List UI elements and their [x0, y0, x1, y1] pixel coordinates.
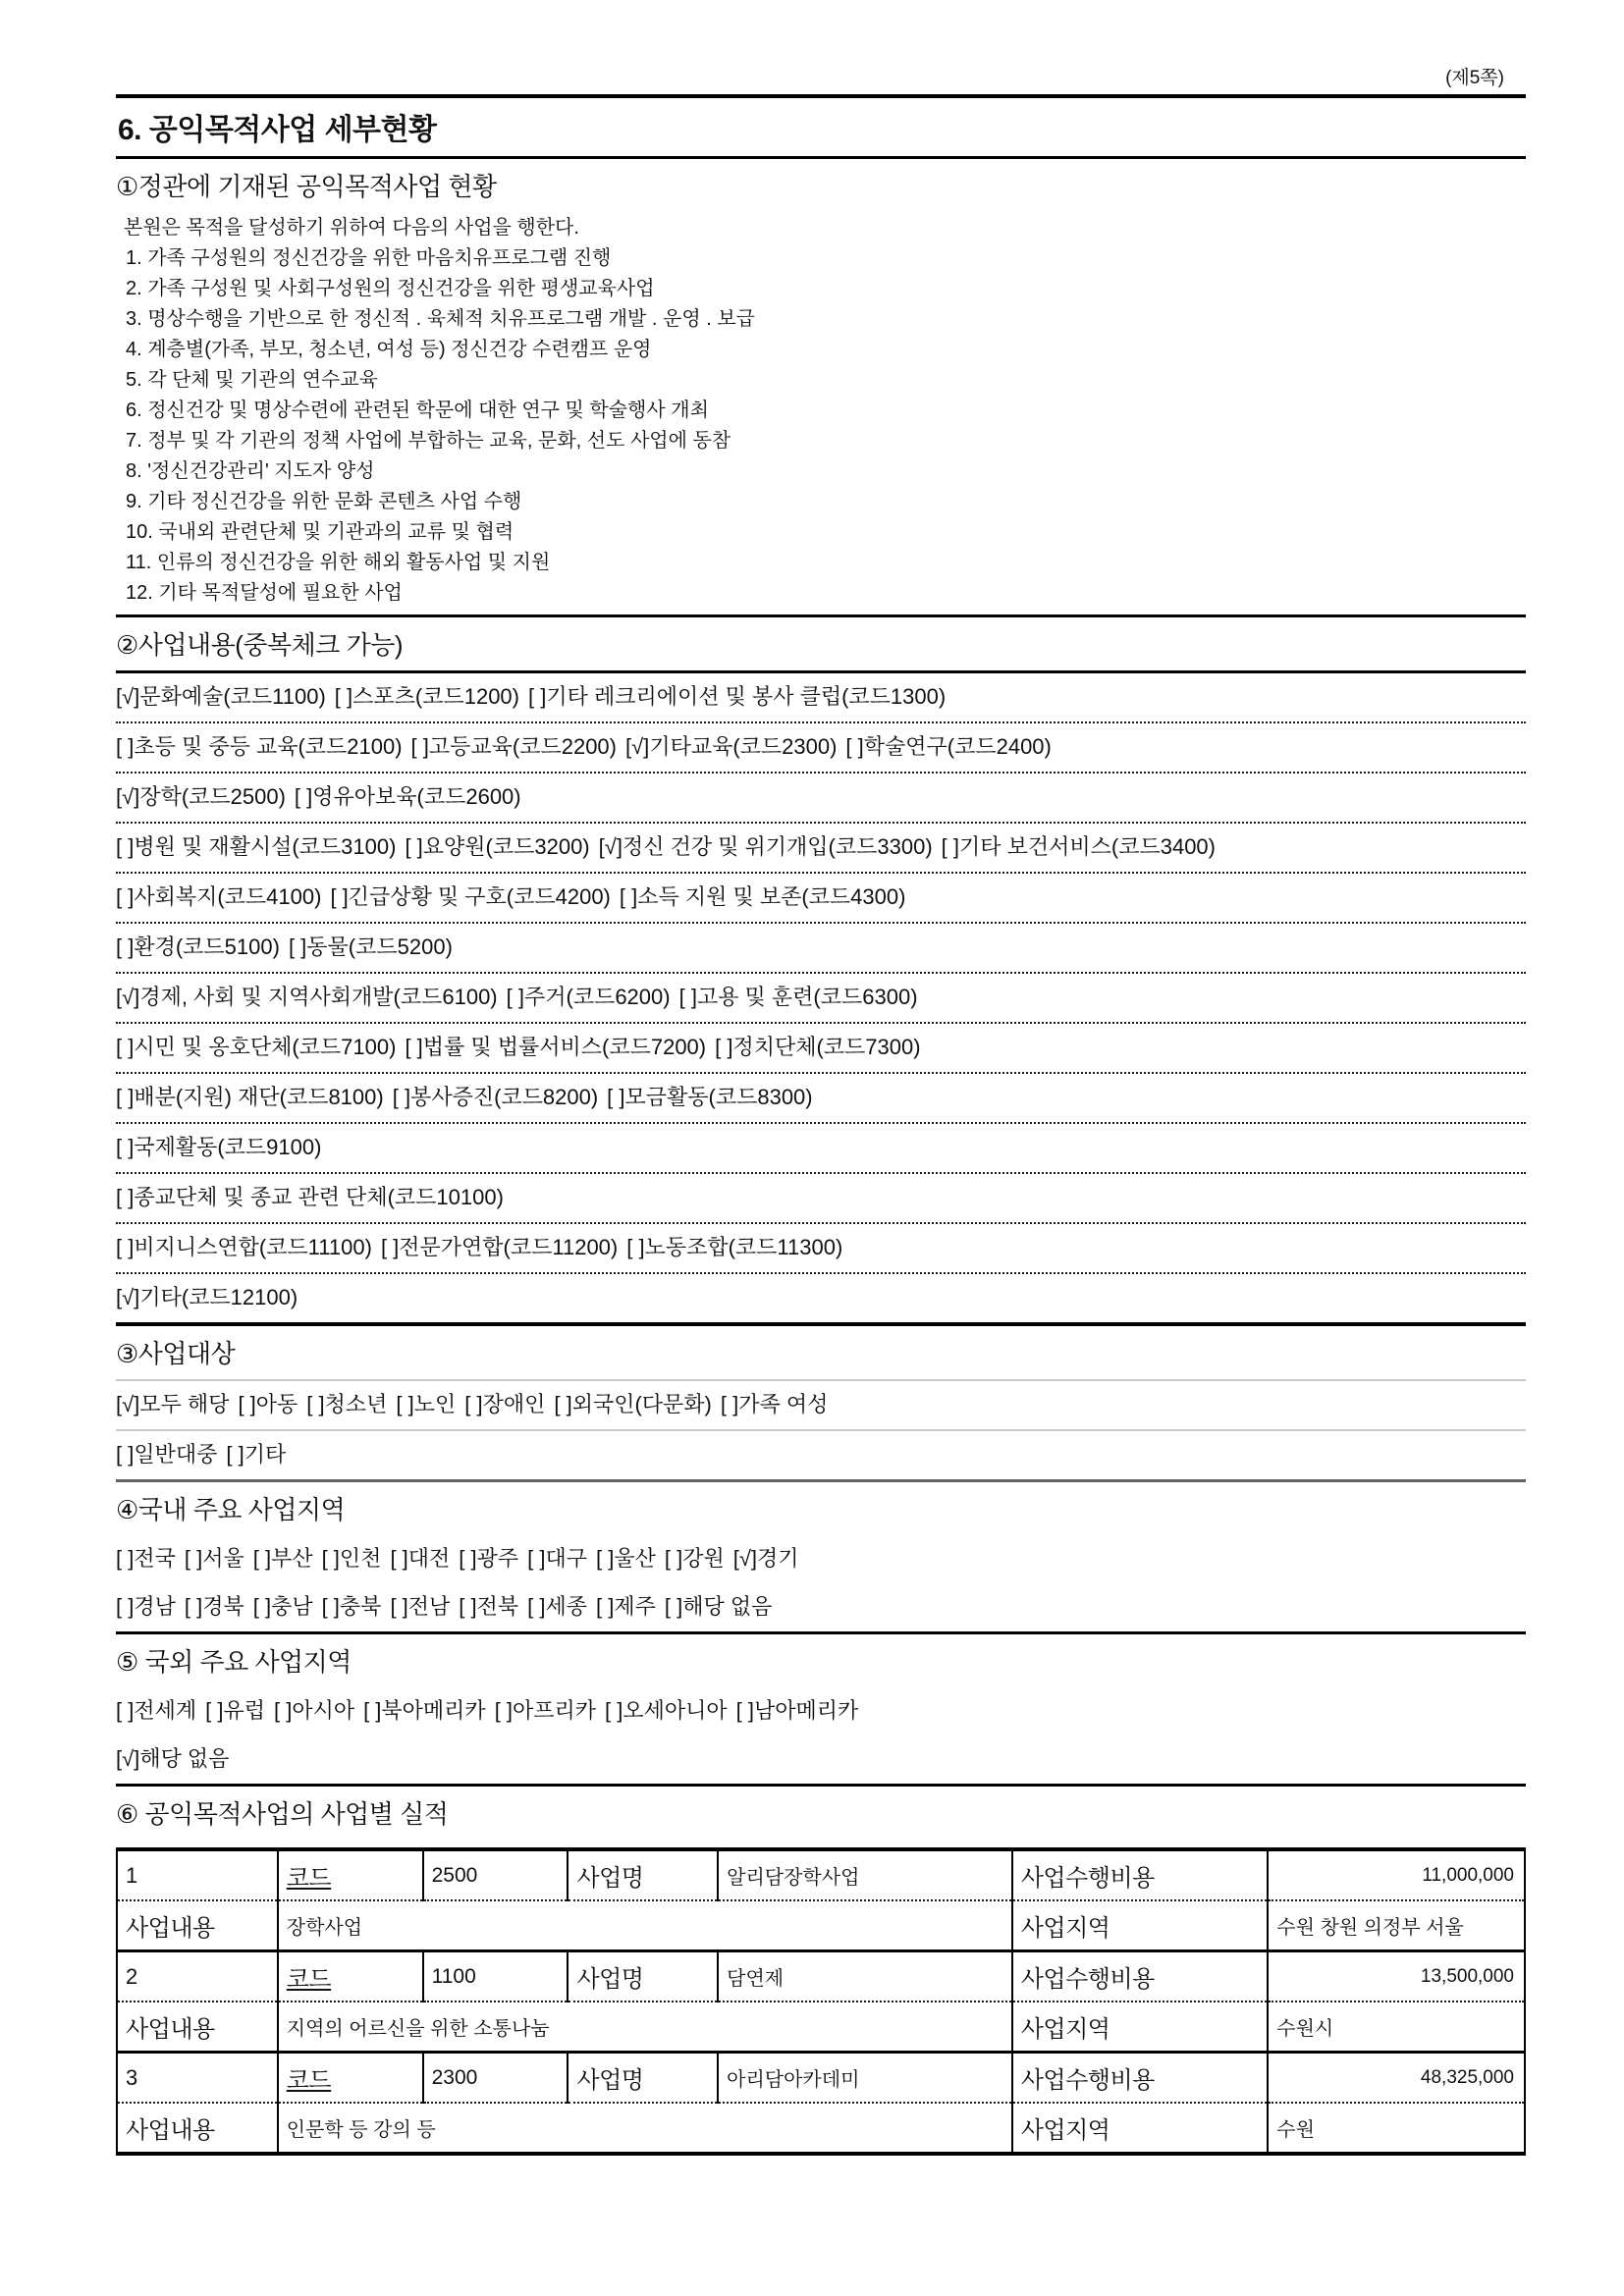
checkbox-mark: [ ] — [845, 734, 863, 759]
section4-header: ④국내 주요 사업지역 — [116, 1482, 1526, 1535]
check-row: [ ]환경(코드5100)[ ]동물(코드5200) — [116, 924, 1526, 974]
checkbox-mark: [ ] — [715, 1035, 732, 1059]
checkbox-mark: [√] — [116, 985, 139, 1009]
region-value: 수원 — [1268, 2103, 1525, 2154]
checkbox-item: [ ]고등교육(코드2200) — [411, 734, 617, 759]
check-row: [ ]병원 및 재활시설(코드3100)[ ]요양원(코드3200)[√]정신 … — [116, 824, 1526, 874]
check-row: [ ]시민 및 옹호단체(코드7100)[ ]법률 및 법률서비스(코드7200… — [116, 1024, 1526, 1074]
checkbox-item: [ ]초등 및 중등 교육(코드2100) — [116, 734, 403, 759]
checkbox-label: 대전 — [408, 1546, 451, 1571]
cost-label: 사업수행비용 — [1012, 1849, 1269, 1900]
check-row: [ ]사회복지(코드4100)[ ]긴급상황 및 구호(코드4200)[ ]소득… — [116, 874, 1526, 924]
section3-check-rows: [√]모두 해당[ ]아동[ ]청소년[ ]노인[ ]장애인[ ]외국인(다문화… — [116, 1381, 1526, 1479]
checkbox-mark: [ ] — [274, 1698, 292, 1723]
checkbox-item: [ ]배분(지원) 재단(코드8100) — [116, 1085, 384, 1109]
projects-table-body: 1코드2500사업명알리담장학사업사업수행비용11,000,000사업내용장학사… — [117, 1849, 1525, 2154]
record-number: 3 — [117, 2053, 278, 2104]
document-page: (제5쪽) 6. 공익목적사업 세부현황 ①정관에 기재된 공익목적사업 현황 … — [0, 0, 1624, 2296]
checkbox-label: 전세계 — [134, 1698, 196, 1723]
checkbox-mark: [ ] — [116, 1442, 134, 1467]
checkbox-label: 유럽 — [223, 1698, 265, 1723]
checkbox-mark: [ ] — [116, 1135, 134, 1159]
region-label: 사업지역 — [1012, 2002, 1269, 2053]
checkbox-label: 울산 — [614, 1546, 656, 1571]
checkbox-item: [ ]울산 — [596, 1546, 656, 1571]
check-row: [√]모두 해당[ ]아동[ ]청소년[ ]노인[ ]장애인[ ]외국인(다문화… — [116, 1381, 1526, 1431]
checkbox-mark: [ ] — [295, 784, 312, 809]
checkbox-mark: [ ] — [626, 1235, 644, 1259]
code-label-text: 코드 — [287, 1865, 331, 1892]
checkbox-item: [ ]외국인(다문화) — [554, 1392, 712, 1416]
project-name-label: 사업명 — [568, 1951, 718, 2002]
checkbox-label: 아시아 — [292, 1698, 354, 1723]
checkbox-mark: [ ] — [116, 884, 134, 909]
project-name-label: 사업명 — [568, 2053, 718, 2104]
section5-check-rows: [ ]전세계[ ]유럽[ ]아시아[ ]북아메리카[ ]아프리카[ ]오세아니아… — [116, 1687, 1526, 1784]
checkbox-mark: [ ] — [238, 1392, 255, 1416]
checkbox-item: [ ]아동 — [238, 1392, 298, 1416]
checkbox-item: [ ]전북 — [459, 1594, 518, 1619]
checkbox-label: 해당 없음 — [139, 1746, 229, 1771]
section-project-results: ⑥ 공익목적사업의 사업별 실적 1코드2500사업명알리담장학사업사업수행비용… — [116, 1787, 1526, 2156]
checkbox-label: 시민 및 옹호단체(코드7100) — [134, 1035, 396, 1059]
purpose-item: 7. 정부 및 각 기관의 정책 사업에 부합하는 교육, 문화, 선도 사업에… — [116, 426, 1526, 456]
checkbox-item: [ ]일반대중 — [116, 1442, 217, 1467]
section-domestic-regions: ④국내 주요 사업지역 [ ]전국[ ]서울[ ]부산[ ]인천[ ]대전[ ]… — [116, 1482, 1526, 1634]
checkbox-item: [ ]강원 — [665, 1546, 725, 1571]
checkbox-mark: [ ] — [116, 1235, 134, 1259]
form-content: (제5쪽) 6. 공익목적사업 세부현황 ①정관에 기재된 공익목적사업 현황 … — [116, 0, 1526, 2156]
cost-value: 48,325,000 — [1268, 2053, 1525, 2104]
checkbox-item: [√]정신 건강 및 위기개입(코드3300) — [599, 834, 933, 859]
content-value: 인문학 등 강의 등 — [278, 2103, 1012, 2154]
checkbox-mark: [ ] — [596, 1546, 614, 1571]
record-number: 2 — [117, 1951, 278, 2002]
checkbox-item: [ ]영유아보육(코드2600) — [295, 784, 521, 809]
checkbox-label: 전국 — [134, 1546, 176, 1571]
cost-label: 사업수행비용 — [1012, 1951, 1269, 2002]
checkbox-item: [ ]아프리카 — [495, 1698, 596, 1723]
content-value: 장학사업 — [278, 1900, 1012, 1951]
checkbox-label: 배분(지원) 재단(코드8100) — [134, 1085, 383, 1109]
checkbox-item: [ ]서울 — [185, 1546, 244, 1571]
checkbox-label: 장애인 — [483, 1392, 546, 1416]
check-row: [√]해당 없음 — [116, 1735, 1526, 1784]
region-label: 사업지역 — [1012, 2103, 1269, 2154]
checkbox-item: [ ]기타 보건서비스(코드3400) — [942, 834, 1216, 859]
checkbox-label: 종교단체 및 종교 관련 단체(코드10100) — [134, 1185, 504, 1209]
checkbox-label: 영유아보육(코드2600) — [312, 784, 520, 809]
region-value: 수원 창원 의정부 서울 — [1268, 1900, 1525, 1951]
checkbox-item: [ ]종교단체 및 종교 관련 단체(코드10100) — [116, 1185, 504, 1209]
checkbox-mark: [ ] — [607, 1085, 624, 1109]
checkbox-item: [ ]기타 — [226, 1442, 286, 1467]
checkbox-mark: [ ] — [393, 1085, 410, 1109]
project-name-value: 알리담장학사업 — [718, 1849, 1012, 1900]
checkbox-label: 오세아니아 — [623, 1698, 727, 1723]
checkbox-label: 동물(코드5200) — [306, 934, 453, 959]
checkbox-label: 봉사증진(코드8200) — [410, 1085, 598, 1109]
checkbox-item: [ ]충북 — [322, 1594, 382, 1619]
checkbox-item: [ ]아시아 — [274, 1698, 354, 1723]
checkbox-item: [ ]전국 — [116, 1546, 176, 1571]
checkbox-mark: [ ] — [596, 1594, 614, 1619]
project-row-main: 2코드1100사업명담연제사업수행비용13,500,000 — [117, 1951, 1525, 2002]
code-label-text: 코드 — [287, 2067, 331, 2094]
section-project-target: ③사업대상 [√]모두 해당[ ]아동[ ]청소년[ ]노인[ ]장애인[ ]외… — [116, 1326, 1526, 1482]
checkbox-item: [ ]기타 레크리에이션 및 봉사 클럽(코드1300) — [528, 684, 946, 709]
checkbox-item: [ ]정치단체(코드7300) — [715, 1035, 920, 1059]
project-row-detail: 사업내용장학사업사업지역수원 창원 의정부 서울 — [117, 1900, 1525, 1951]
checkbox-item: [√]경제, 사회 및 지역사회개발(코드6100) — [116, 985, 498, 1009]
checkbox-mark: [ ] — [390, 1546, 407, 1571]
checkbox-mark: [√] — [116, 1746, 139, 1771]
purpose-item: 4. 계층별(가족, 부모, 청소년, 여성 등) 정신건강 수련캠프 운영 — [116, 335, 1526, 365]
checkbox-item: [ ]경남 — [116, 1594, 176, 1619]
checkbox-mark: [ ] — [116, 1085, 134, 1109]
checkbox-mark: [ ] — [116, 934, 134, 959]
checkbox-item: [ ]학술연구(코드2400) — [845, 734, 1051, 759]
checkbox-mark: [ ] — [253, 1546, 271, 1571]
checkbox-label: 세종 — [546, 1594, 588, 1619]
project-name-value: 담연제 — [718, 1951, 1012, 2002]
checkbox-mark: [ ] — [185, 1594, 202, 1619]
checkbox-mark: [√] — [116, 1392, 139, 1416]
checkbox-mark: [ ] — [459, 1546, 476, 1571]
checkbox-label: 정치단체(코드7300) — [732, 1035, 920, 1059]
code-value: 2300 — [423, 2053, 568, 2104]
cost-value: 11,000,000 — [1268, 1849, 1525, 1900]
checkbox-label: 기타 레크리에이션 및 봉사 클럽(코드1300) — [546, 684, 946, 709]
checkbox-item: [ ]국제활동(코드9100) — [116, 1135, 321, 1159]
checkbox-item: [ ]노인 — [396, 1392, 456, 1416]
checkbox-mark: [√] — [599, 834, 623, 859]
checkbox-mark: [√] — [116, 784, 139, 809]
code-value: 1100 — [423, 1951, 568, 2002]
checkbox-label: 고등교육(코드2200) — [429, 734, 617, 759]
checkbox-mark: [ ] — [322, 1546, 340, 1571]
checkbox-mark: [√] — [116, 1285, 139, 1309]
content-label: 사업내용 — [117, 1900, 278, 1951]
checkbox-item: [ ]봉사증진(코드8200) — [393, 1085, 598, 1109]
check-row: [ ]종교단체 및 종교 관련 단체(코드10100) — [116, 1174, 1526, 1224]
checkbox-label: 소득 지원 및 보존(코드4300) — [637, 884, 905, 909]
checkbox-mark: [ ] — [116, 1698, 134, 1723]
checkbox-item: [ ]세종 — [527, 1594, 587, 1619]
checkbox-item: [ ]북아메리카 — [363, 1698, 486, 1723]
checkbox-item: [ ]사회복지(코드4100) — [116, 884, 321, 909]
checkbox-mark: [ ] — [464, 1392, 482, 1416]
purpose-item: 3. 명상수행을 기반으로 한 정신적 . 육체적 치유프로그램 개발 . 운영… — [116, 304, 1526, 335]
checkbox-label: 병원 및 재활시설(코드3100) — [134, 834, 396, 859]
checkbox-item: [ ]광주 — [459, 1546, 518, 1571]
checkbox-mark: [ ] — [253, 1594, 271, 1619]
checkbox-item: [ ]가족 여성 — [721, 1392, 828, 1416]
checkbox-item: [ ]동물(코드5200) — [289, 934, 453, 959]
checkbox-item: [√]장학(코드2500) — [116, 784, 286, 809]
checkbox-item: [ ]해당 없음 — [665, 1594, 772, 1619]
purpose-item: 2. 가족 구성원 및 사회구성원의 정신건강을 위한 평생교육사업 — [116, 274, 1526, 304]
check-row: [ ]배분(지원) 재단(코드8100)[ ]봉사증진(코드8200)[ ]모금… — [116, 1074, 1526, 1124]
check-row: [√]장학(코드2500)[ ]영유아보육(코드2600) — [116, 774, 1526, 824]
checkbox-label: 가족 여성 — [738, 1392, 828, 1416]
project-row-detail: 사업내용지역의 어르신을 위한 소통나눔사업지역수원시 — [117, 2002, 1525, 2053]
checkbox-label: 기타 보건서비스(코드3400) — [959, 834, 1216, 859]
checkbox-label: 장학(코드2500) — [139, 784, 286, 809]
check-row: [ ]경남[ ]경북[ ]충남[ ]충북[ ]전남[ ]전북[ ]세종[ ]제주… — [116, 1583, 1526, 1631]
section5-header: ⑤ 국외 주요 사업지역 — [116, 1634, 1526, 1687]
checkbox-mark: [√] — [625, 734, 649, 759]
checkbox-label: 모두 해당 — [139, 1392, 229, 1416]
check-row: [ ]국제활동(코드9100) — [116, 1124, 1526, 1174]
checkbox-mark: [ ] — [226, 1442, 244, 1467]
checkbox-mark: [ ] — [665, 1546, 682, 1571]
checkbox-item: [ ]소득 지원 및 보존(코드4300) — [620, 884, 906, 909]
purpose-list: 1. 가족 구성원의 정신건강을 위한 마음치유프로그램 진행2. 가족 구성원… — [116, 243, 1526, 609]
checkbox-mark: [ ] — [381, 1235, 399, 1259]
checkbox-item: [ ]환경(코드5100) — [116, 934, 280, 959]
checkbox-label: 북아메리카 — [381, 1698, 485, 1723]
section6-header: ⑥ 공익목적사업의 사업별 실적 — [116, 1787, 1526, 1840]
checkbox-item: [ ]부산 — [253, 1546, 313, 1571]
check-row: [ ]전세계[ ]유럽[ ]아시아[ ]북아메리카[ ]아프리카[ ]오세아니아… — [116, 1687, 1526, 1735]
section-overseas-regions: ⑤ 국외 주요 사업지역 [ ]전세계[ ]유럽[ ]아시아[ ]북아메리카[ … — [116, 1634, 1526, 1787]
content-value: 지역의 어르신을 위한 소통나눔 — [278, 2002, 1012, 2053]
section-project-content: ②사업내용(중복체크 가능) [√]문화예술(코드1100)[ ]스포츠(코드1… — [116, 617, 1526, 1326]
checkbox-mark: [ ] — [527, 1546, 545, 1571]
checkbox-mark: [ ] — [116, 1546, 134, 1571]
checkbox-label: 대구 — [546, 1546, 588, 1571]
checkbox-item: [ ]전문가연합(코드11200) — [381, 1235, 618, 1259]
checkbox-label: 경기 — [757, 1546, 799, 1571]
checkbox-mark: [√] — [733, 1546, 757, 1571]
checkbox-mark: [ ] — [405, 1035, 422, 1059]
checkbox-label: 요양원(코드3200) — [423, 834, 590, 859]
checkbox-label: 제주 — [614, 1594, 656, 1619]
checkbox-mark: [ ] — [528, 684, 546, 709]
cost-label: 사업수행비용 — [1012, 2053, 1269, 2104]
checkbox-label: 사회복지(코드4100) — [134, 884, 321, 909]
checkbox-mark: [ ] — [116, 1594, 134, 1619]
purpose-item: 5. 각 단체 및 기관의 연수교육 — [116, 365, 1526, 396]
region-label: 사업지역 — [1012, 1900, 1269, 1951]
checkbox-mark: [ ] — [116, 734, 134, 759]
checkbox-item: [ ]청소년 — [306, 1392, 387, 1416]
checkbox-mark: [ ] — [116, 834, 134, 859]
checkbox-label: 비지니스연합(코드11100) — [134, 1235, 372, 1259]
checkbox-mark: [ ] — [495, 1698, 513, 1723]
checkbox-item: [√]모두 해당 — [116, 1392, 229, 1416]
checkbox-item: [ ]병원 및 재활시설(코드3100) — [116, 834, 396, 859]
checkbox-label: 주거(코드6200) — [524, 985, 671, 1009]
section-charter-projects: ①정관에 기재된 공익목적사업 현황 본원은 목적을 달성하기 위하여 다음의 … — [116, 159, 1526, 617]
checkbox-label: 일반대중 — [134, 1442, 217, 1467]
checkbox-item: [√]기타교육(코드2300) — [625, 734, 837, 759]
checkbox-mark: [ ] — [405, 834, 422, 859]
checkbox-item: [√]경기 — [733, 1546, 799, 1571]
checkbox-label: 모금활동(코드8300) — [625, 1085, 813, 1109]
checkbox-label: 정신 건강 및 위기개입(코드3300) — [623, 834, 933, 859]
checkbox-label: 경남 — [134, 1594, 176, 1619]
check-row: [√]기타(코드12100) — [116, 1274, 1526, 1322]
project-name-value: 아리담아카데미 — [718, 2053, 1012, 2104]
section3-header: ③사업대상 — [116, 1326, 1526, 1381]
checkbox-label: 기타(코드12100) — [139, 1285, 298, 1309]
region-value: 수원시 — [1268, 2002, 1525, 2053]
checkbox-label: 노동조합(코드11300) — [645, 1235, 843, 1259]
checkbox-item: [√]해당 없음 — [116, 1746, 229, 1771]
checkbox-item: [ ]주거(코드6200) — [507, 985, 671, 1009]
checkbox-mark: [ ] — [322, 1594, 340, 1619]
checkbox-item: [ ]경북 — [185, 1594, 244, 1619]
checkbox-label: 외국인(다문화) — [572, 1392, 712, 1416]
page-title: 6. 공익목적사업 세부현황 — [116, 94, 1526, 159]
checkbox-label: 부산 — [271, 1546, 313, 1571]
checkbox-item: [ ]대구 — [527, 1546, 587, 1571]
checkbox-label: 광주 — [477, 1546, 519, 1571]
purpose-item: 11. 인류의 정신건강을 위한 해외 활동사업 및 지원 — [116, 548, 1526, 578]
checkbox-item: [ ]고용 및 훈련(코드6300) — [679, 985, 918, 1009]
checkbox-label: 남아메리카 — [754, 1698, 858, 1723]
check-row: [ ]전국[ ]서울[ ]부산[ ]인천[ ]대전[ ]광주[ ]대구[ ]울산… — [116, 1535, 1526, 1583]
check-row: [√]경제, 사회 및 지역사회개발(코드6100)[ ]주거(코드6200)[… — [116, 974, 1526, 1024]
checkbox-mark: [ ] — [306, 1392, 324, 1416]
checkbox-label: 경제, 사회 및 지역사회개발(코드6100) — [139, 985, 497, 1009]
checkbox-item: [ ]대전 — [390, 1546, 450, 1571]
checkbox-label: 청소년 — [325, 1392, 388, 1416]
checkbox-item: [ ]법률 및 법률서비스(코드7200) — [405, 1035, 706, 1059]
purpose-intro: 본원은 목적을 달성하기 위하여 다음의 사업을 행한다. — [116, 212, 1526, 243]
code-label: 코드 — [278, 1849, 423, 1900]
checkbox-mark: [√] — [116, 684, 139, 709]
checkbox-label: 해당 없음 — [682, 1594, 772, 1619]
checkbox-item: [ ]노동조합(코드11300) — [626, 1235, 842, 1259]
checkbox-label: 문화예술(코드1100) — [139, 684, 325, 709]
checkbox-label: 전남 — [408, 1594, 451, 1619]
checkbox-label: 아프리카 — [513, 1698, 596, 1723]
code-value: 2500 — [423, 1849, 568, 1900]
checkbox-mark: [ ] — [554, 1392, 571, 1416]
checkbox-mark: [ ] — [185, 1546, 202, 1571]
cost-value: 13,500,000 — [1268, 1951, 1525, 2002]
section4-check-rows: [ ]전국[ ]서울[ ]부산[ ]인천[ ]대전[ ]광주[ ]대구[ ]울산… — [116, 1535, 1526, 1631]
purpose-item: 8. '정신건강관리' 지도자 양성 — [116, 456, 1526, 487]
checkbox-mark: [ ] — [363, 1698, 381, 1723]
checkbox-label: 환경(코드5100) — [134, 934, 280, 959]
checkbox-label: 아동 — [256, 1392, 298, 1416]
checkbox-label: 강원 — [682, 1546, 725, 1571]
checkbox-label: 전북 — [477, 1594, 519, 1619]
checkbox-label: 학술연구(코드2400) — [864, 734, 1052, 759]
check-row: [ ]비지니스연합(코드11100)[ ]전문가연합(코드11200)[ ]노동… — [116, 1224, 1526, 1274]
checkbox-label: 경북 — [202, 1594, 244, 1619]
purpose-item: 9. 기타 정신건강을 위한 문화 콘텐츠 사업 수행 — [116, 487, 1526, 517]
checkbox-mark: [ ] — [679, 985, 697, 1009]
check-row: [ ]일반대중[ ]기타 — [116, 1431, 1526, 1479]
checkbox-item: [ ]시민 및 옹호단체(코드7100) — [116, 1035, 396, 1059]
check-row: [√]문화예술(코드1100)[ ]스포츠(코드1200)[ ]기타 레크리에이… — [116, 673, 1526, 723]
checkbox-item: [ ]제주 — [596, 1594, 656, 1619]
checkbox-mark: [ ] — [116, 1185, 134, 1209]
checkbox-item: [ ]유럽 — [205, 1698, 265, 1723]
checkbox-mark: [ ] — [527, 1594, 545, 1619]
checkbox-label: 서울 — [202, 1546, 244, 1571]
checkbox-mark: [ ] — [459, 1594, 476, 1619]
checkbox-item: [ ]충남 — [253, 1594, 313, 1619]
checkbox-mark: [ ] — [942, 834, 959, 859]
checkbox-item: [ ]장애인 — [464, 1392, 545, 1416]
checkbox-mark: [ ] — [396, 1392, 413, 1416]
project-row-detail: 사업내용인문학 등 강의 등사업지역수원 — [117, 2103, 1525, 2154]
checkbox-item: [ ]비지니스연합(코드11100) — [116, 1235, 372, 1259]
checkbox-label: 기타 — [244, 1442, 287, 1467]
code-label: 코드 — [278, 2053, 423, 2104]
checkbox-item: [ ]인천 — [322, 1546, 382, 1571]
checkbox-label: 충남 — [271, 1594, 313, 1619]
purpose-item: 1. 가족 구성원의 정신건강을 위한 마음치유프로그램 진행 — [116, 243, 1526, 274]
checkbox-item: [ ]오세아니아 — [605, 1698, 728, 1723]
project-name-label: 사업명 — [568, 1849, 718, 1900]
checkbox-item: [ ]요양원(코드3200) — [405, 834, 589, 859]
checkbox-label: 긴급상황 및 구호(코드4200) — [349, 884, 611, 909]
purpose-item: 12. 기타 목적달성에 필요한 사업 — [116, 578, 1526, 609]
checkbox-mark: [ ] — [205, 1698, 223, 1723]
checkbox-mark: [ ] — [507, 985, 524, 1009]
checkbox-mark: [ ] — [335, 684, 352, 709]
checkbox-item: [ ]스포츠(코드1200) — [335, 684, 519, 709]
checkbox-item: [ ]긴급상황 및 구호(코드4200) — [330, 884, 610, 909]
content-label: 사업내용 — [117, 2002, 278, 2053]
checkbox-label: 법률 및 법률서비스(코드7200) — [423, 1035, 706, 1059]
code-label-text: 코드 — [287, 1966, 331, 1993]
checkbox-mark: [ ] — [605, 1698, 623, 1723]
section1-header: ①정관에 기재된 공익목적사업 현황 — [116, 159, 1526, 212]
checkbox-mark: [ ] — [116, 1035, 134, 1059]
checkbox-mark: [ ] — [289, 934, 306, 959]
checkbox-label: 스포츠(코드1200) — [352, 684, 519, 709]
checkbox-mark: [ ] — [330, 884, 348, 909]
projects-table: 1코드2500사업명알리담장학사업사업수행비용11,000,000사업내용장학사… — [116, 1847, 1526, 2156]
checkbox-label: 인천 — [340, 1546, 382, 1571]
content-label: 사업내용 — [117, 2103, 278, 2154]
code-label: 코드 — [278, 1951, 423, 2002]
purpose-item: 10. 국내외 관련단체 및 기관과의 교류 및 협력 — [116, 517, 1526, 548]
page-number-label: (제5쪽) — [116, 0, 1526, 89]
purpose-item: 6. 정신건강 및 명상수련에 관련된 학문에 대한 연구 및 학술행사 개최 — [116, 396, 1526, 426]
checkbox-mark: [ ] — [665, 1594, 682, 1619]
checkbox-mark: [ ] — [411, 734, 429, 759]
checkbox-item: [ ]전남 — [390, 1594, 450, 1619]
checkbox-label: 국제활동(코드9100) — [134, 1135, 321, 1159]
checkbox-label: 충북 — [340, 1594, 382, 1619]
project-row-main: 3코드2300사업명아리담아카데미사업수행비용48,325,000 — [117, 2053, 1525, 2104]
check-row: [ ]초등 및 중등 교육(코드2100)[ ]고등교육(코드2200)[√]기… — [116, 723, 1526, 774]
record-number: 1 — [117, 1849, 278, 1900]
checkbox-item: [√]문화예술(코드1100) — [116, 684, 326, 709]
checkbox-label: 기타교육(코드2300) — [649, 734, 837, 759]
checkbox-label: 노인 — [414, 1392, 457, 1416]
checkbox-item: [ ]전세계 — [116, 1698, 196, 1723]
checkbox-item: [ ]남아메리카 — [736, 1698, 859, 1723]
section2-header: ②사업내용(중복체크 가능) — [116, 617, 1526, 673]
checkbox-item: [√]기타(코드12100) — [116, 1285, 298, 1309]
checkbox-mark: [ ] — [721, 1392, 738, 1416]
checkbox-item: [ ]모금활동(코드8300) — [607, 1085, 812, 1109]
checkbox-label: 초등 및 중등 교육(코드2100) — [134, 734, 402, 759]
checkbox-label: 고용 및 훈련(코드6300) — [697, 985, 918, 1009]
project-row-main: 1코드2500사업명알리담장학사업사업수행비용11,000,000 — [117, 1849, 1525, 1900]
checkbox-mark: [ ] — [390, 1594, 407, 1619]
